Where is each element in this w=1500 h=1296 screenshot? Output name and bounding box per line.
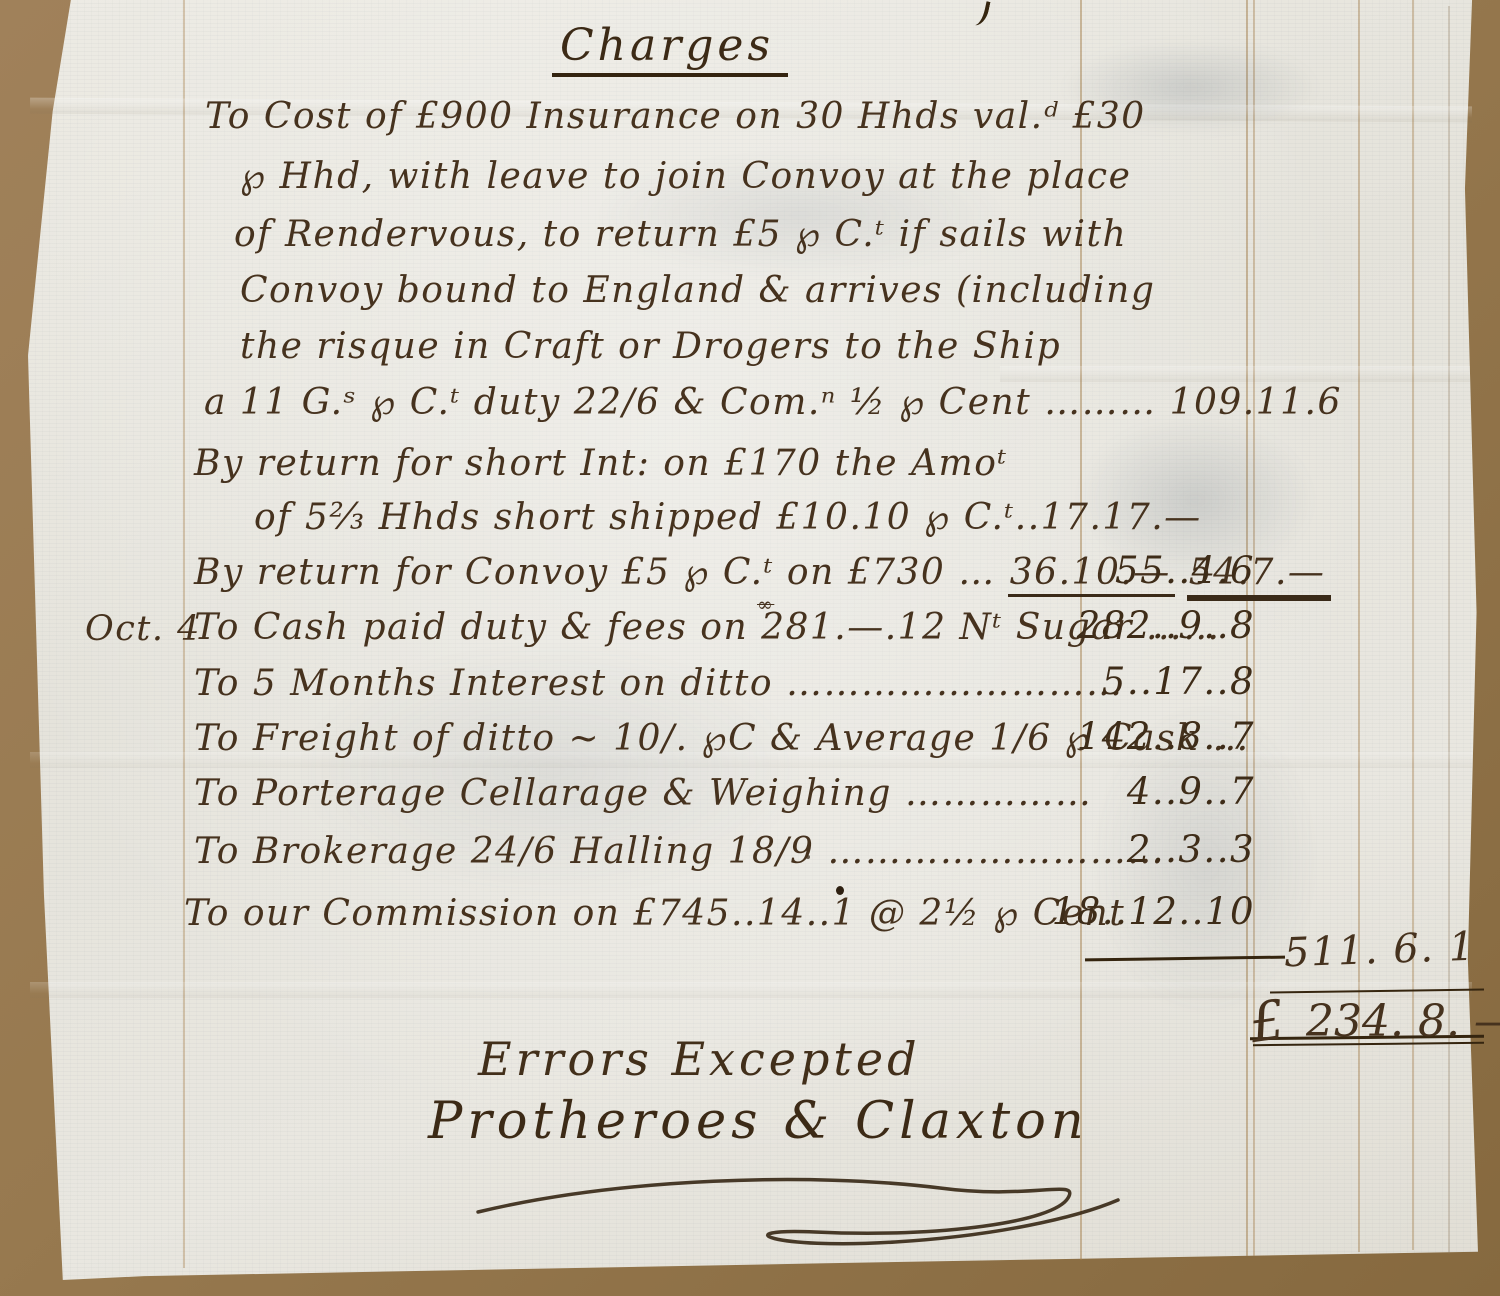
row-text: of 5⅔ Hhds short shipped £10.10 ℘ C.ᵗ..1… (254, 497, 1202, 538)
ledger-row: of Rendervous, to return £5 ℘ C.ᵗ if sai… (0, 214, 1500, 270)
amount-value: 55..4.6 (1020, 549, 1255, 592)
row-text: Convoy bound to England & arrives (inclu… (240, 270, 1155, 311)
ledger-row: a 11 G.ˢ ℘ C.ᵗ duty 22/6 & Com.ⁿ ½ ℘ Cen… (0, 382, 1500, 438)
row-text: a 11 G.ˢ ℘ C.ᵗ duty 22/6 & Com.ⁿ ½ ℘ Cen… (204, 382, 1342, 423)
amount-value: 2..3..3 (1020, 828, 1255, 871)
ledger-row: To 5 Months Interest on ditto ………………………5… (0, 663, 1500, 719)
row-text-lead: By return for Convoy £5 ℘ C.ᵗ on £730 … (194, 552, 996, 593)
hundredweight-mark: ∞ (757, 594, 774, 616)
ledger-row: the risque in Craft or Drogers to the Sh… (0, 326, 1500, 382)
row-text: ℘ Hhd, with leave to join Convoy at the … (240, 156, 1131, 197)
row-text: To Porterage Cellarage & Weighing …………… (194, 773, 1092, 814)
row-text: the risque in Craft or Drogers to the Sh… (240, 326, 1061, 367)
row-text: To 5 Months Interest on ditto ……………………… (194, 663, 1123, 704)
ledger-row: of 5⅔ Hhds short shipped £10.10 ℘ C.ᵗ..1… (0, 497, 1500, 553)
errors-excepted-note: Errors Excepted (478, 1032, 921, 1086)
row-text: of Rendervous, to return £5 ℘ C.ᵗ if sai… (234, 214, 1127, 255)
document-title: Charges (552, 20, 788, 77)
row-text: To our Commission on £745..14..1 @ 2½ ℘ … (184, 893, 1125, 934)
row-text: To Cost of £900 Insurance on 30 Hhds val… (205, 96, 1146, 137)
ledger-row: To Brokerage 24/6 Halling 18/9 ………………………… (0, 831, 1500, 887)
ledger-row: To Cost of £900 Insurance on 30 Hhds val… (0, 96, 1500, 152)
ledger-row: Convoy bound to England & arrives (inclu… (0, 270, 1500, 326)
date-label: Oct. 4 (85, 609, 201, 649)
row-text: By return for short Int: on £170 the Amo… (194, 443, 1008, 484)
ledger-row: To Porterage Cellarage & Weighing ……………4… (0, 773, 1500, 829)
amount-value: 282..9..8 (1020, 604, 1255, 647)
signature-flourish (470, 1158, 1130, 1254)
amount-value: 5..17..8 (1020, 660, 1255, 703)
signature: Protheroes & Claxton (428, 1092, 1089, 1151)
grand-total-value: 234. 8. — (1306, 996, 1500, 1047)
scan-background: Charges To Cost of £900 Insurance on 30 … (0, 0, 1500, 1296)
ledger-row: ℘ Hhd, with leave to join Convoy at the … (0, 156, 1500, 212)
ledger-row: Oct. 4 To Cash paid duty & fees on 281.—… (0, 607, 1500, 663)
amount-value: 142..8..7 (1020, 715, 1255, 758)
amount-value: 18..12..10 (1020, 890, 1255, 933)
ledger-row: To Freight of ditto ~ 10/. ℘C & Average … (0, 718, 1500, 774)
ledger-row: To our Commission on £745..14..1 @ 2½ ℘ … (0, 893, 1500, 949)
amount-value: 4..9..7 (1020, 770, 1255, 813)
column-total: 511. 6. 1 (1283, 924, 1476, 977)
ledger-row: By return for Convoy £5 ℘ C.ᵗ on £730 …3… (0, 552, 1500, 608)
ledger-row: By return for short Int: on £170 the Amo… (0, 443, 1500, 499)
